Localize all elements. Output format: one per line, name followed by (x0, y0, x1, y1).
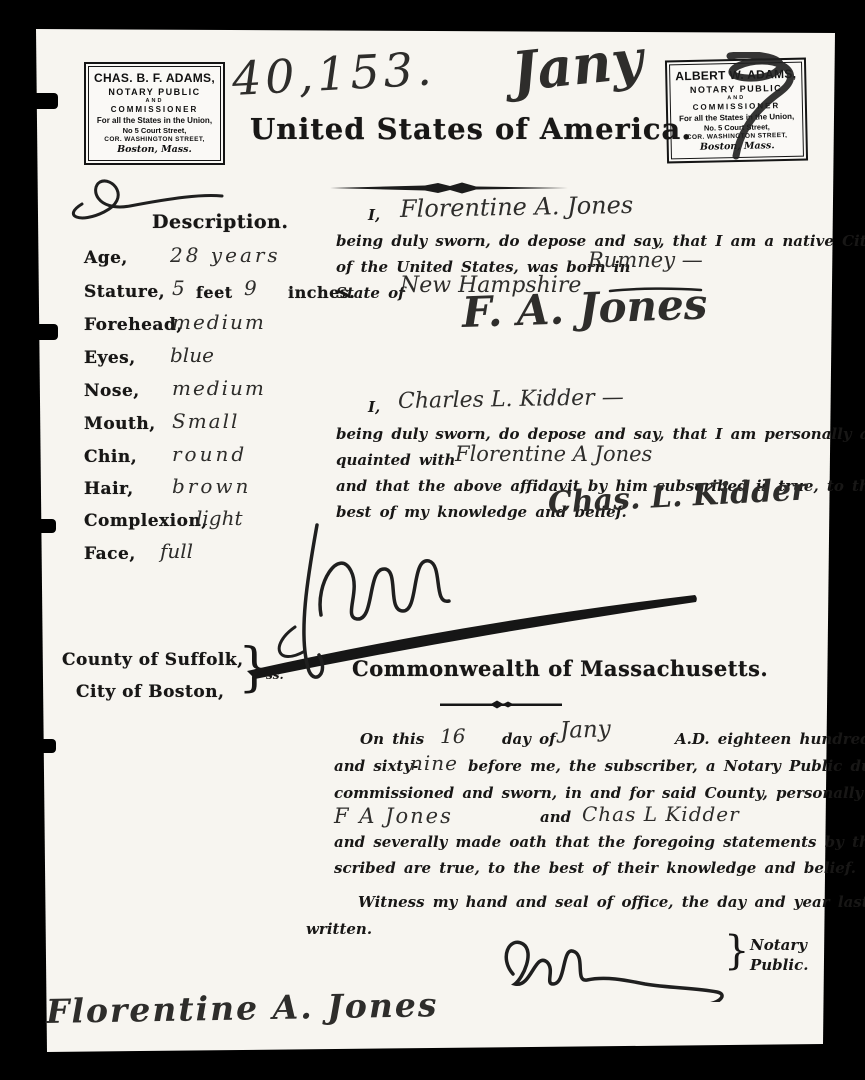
jurat-day-of: day of (502, 730, 556, 748)
age-value: 28 years (170, 243, 281, 267)
jurat-line2-rest: before me, the subscriber, a Notary Publ… (468, 757, 865, 775)
paid-flourish: paid (235, 495, 715, 680)
jurat-line1-rest: A.D. eighteen hundred (675, 730, 865, 748)
face-label: Face, (84, 544, 136, 564)
witness-name-handwritten: Charles L. Kidder — (398, 385, 624, 414)
year-value-handwritten: nine (410, 751, 458, 775)
notary-stamp-left: CHAS. B. F. ADAMS, NOTARY PUBLIC AND COM… (84, 62, 225, 165)
ornamental-divider-small (440, 700, 562, 710)
stamp-line: For all the States in the Union, (94, 116, 215, 125)
nose-label: Nose, (84, 381, 140, 401)
scanned-document: CHAS. B. F. ADAMS, NOTARY PUBLIC AND COM… (0, 0, 865, 1080)
notary-title-line2: Public. (750, 956, 808, 974)
appeared-name1-handwritten: F A Jones (334, 804, 453, 828)
county-line1: County of Suffolk, (62, 650, 244, 670)
jurat-line5: scribed are true, to the best of their k… (334, 859, 856, 877)
witness-clause-line2: written. (306, 920, 372, 938)
age-label: Age, (84, 248, 128, 268)
stamp-line: NOTARY PUBLIC (94, 87, 215, 97)
mouth-label: Mouth, (84, 414, 156, 434)
binding-notch (26, 519, 56, 533)
appeared-name2-handwritten: Chas L Kidder (582, 802, 740, 826)
forehead-label: Forehead, (84, 315, 183, 335)
affidavit1-line3: State of (336, 284, 405, 302)
affidavit1-i: I, (368, 206, 380, 224)
binding-notch (24, 324, 58, 340)
applicant-signature: F. A. Jones (461, 279, 708, 337)
jurat-line4: and severally made oath that the foregoi… (334, 833, 865, 851)
month-annotation-handwritten: Jany (509, 26, 646, 103)
affidavit2-i: I, (368, 398, 380, 416)
commonwealth-heading: Commonwealth of Massachusetts. (352, 656, 704, 681)
notary-title-line1: Notary (750, 936, 807, 954)
month-value-handwritten: Jany (560, 716, 612, 744)
chin-label: Chin, (84, 447, 137, 467)
applicant-name-handwritten: Florentine A. Jones (400, 191, 634, 223)
notary-brace: } (724, 928, 749, 974)
case-number-handwritten: 40,153. (231, 41, 437, 106)
bottom-name-handwritten: Florentine A. Jones (46, 985, 439, 1031)
stamp-line: COR. WASHINGTON STREET, (94, 136, 215, 143)
jurat-line3: commissioned and sworn, in and for said … (334, 784, 865, 802)
jurat-and: and (540, 808, 571, 826)
eyes-value: blue (170, 343, 214, 367)
stature-feet-value: 5 (172, 276, 185, 300)
stamp-line: AND (94, 98, 215, 104)
stature-label: Stature, (84, 282, 165, 302)
affidavit2-line2: quainted with (336, 451, 455, 469)
complexion-label: Complexion, (84, 511, 208, 531)
witness-clause-line1: Witness my hand and seal of office, the … (358, 893, 865, 911)
birthplace-handwritten: Rumney — (588, 248, 703, 272)
nose-value: medium (172, 376, 266, 400)
ss-label: ss. (266, 668, 284, 682)
binding-notch (26, 93, 58, 109)
hair-label: Hair, (84, 479, 134, 499)
stamp-name: CHAS. B. F. ADAMS, (94, 71, 215, 85)
jurat-line2-start: and sixty- (334, 757, 418, 775)
eyes-label: Eyes, (84, 348, 136, 368)
mouth-value: Small (172, 409, 239, 433)
description-heading: Description. (152, 211, 288, 233)
face-value: full (160, 539, 193, 563)
notary-signature (495, 922, 745, 1002)
forehead-value: medium (172, 310, 266, 334)
binding-notch (28, 672, 40, 684)
chin-value: round (172, 442, 247, 466)
document-title: United States of America. (250, 112, 622, 146)
stature-inches-value: 9 (244, 276, 257, 300)
stamp-line: No 5 Court Street, (94, 126, 215, 135)
feet-word: feet (196, 283, 233, 302)
acquainted-name-handwritten: Florentine A Jones (455, 442, 652, 466)
binding-notch (26, 739, 56, 753)
stamp-line: COMMISSIONER (94, 105, 215, 114)
county-line2: City of Boston, (76, 682, 224, 702)
jurat-on-this: On this (360, 730, 424, 748)
affidavit2-line1: being duly sworn, do depose and say, tha… (336, 425, 865, 443)
day-value-handwritten: 16 (440, 724, 465, 748)
stamp-line: Boston, Mass. (94, 144, 215, 155)
